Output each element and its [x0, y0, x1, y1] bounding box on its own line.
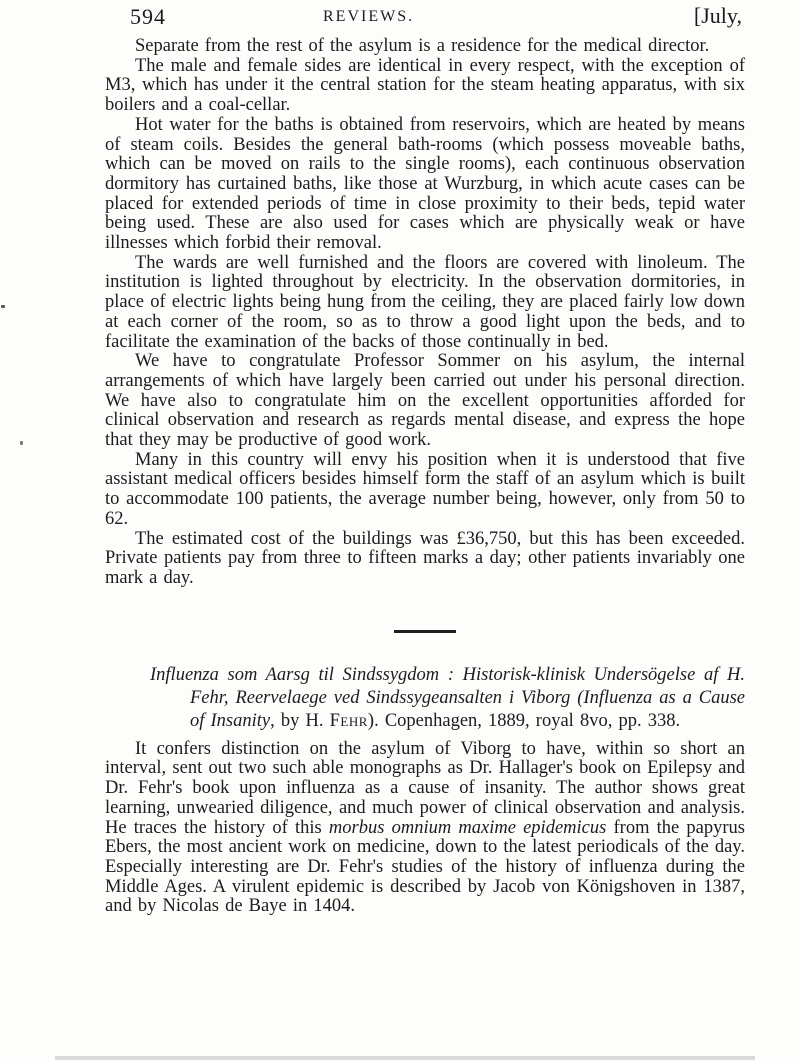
journal-page: 594 REVIEWS. [July, Separate from the re…: [0, 0, 800, 1062]
scan-artifact-speck: [1, 305, 5, 308]
review1-paragraph: Many in this country will envy his posit…: [105, 451, 745, 530]
review2-citation-heading: Influenza som Aarsg til Sindssygdom : Hi…: [105, 664, 745, 733]
scan-artifact-bottom-band: [55, 1056, 755, 1060]
issue-date: [July,: [694, 3, 742, 29]
running-title: REVIEWS.: [323, 8, 414, 26]
text-column: Separate from the rest of the asylum is …: [105, 37, 745, 917]
review1-paragraph: The estimated cost of the buildings was …: [105, 530, 745, 589]
review1-paragraph: The wards are well furnished and the flo…: [105, 254, 745, 353]
page-number: 594: [130, 4, 166, 30]
review1-paragraph: Separate from the rest of the asylum is …: [105, 37, 745, 57]
review2-body-paragraph: It confers distinction on the asylum of …: [105, 740, 745, 917]
review1-paragraph: The male and female sides are identical …: [105, 57, 745, 116]
scan-artifact-speck: [20, 441, 23, 445]
review1-paragraph: Hot water for the baths is obtained from…: [105, 116, 745, 254]
section-divider-rule: [394, 630, 456, 633]
review1-paragraph: We have to congratulate Professor Sommer…: [105, 352, 745, 451]
